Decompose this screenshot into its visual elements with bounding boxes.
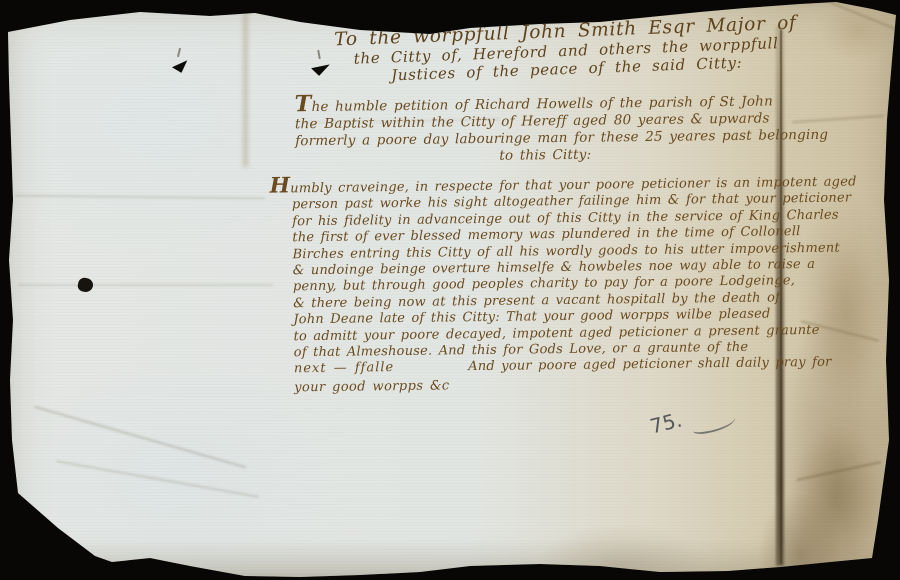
- manuscript-page: To the worppfull John Smith Esqr Major o…: [0, 0, 900, 580]
- petition-intro-block: The humble petition of Richard Howells o…: [295, 89, 855, 167]
- handwritten-text: To the worppfull John Smith Esqr Major o…: [268, 18, 857, 396]
- salutation-block: To the worppfull John Smith Esqr Major o…: [325, 13, 807, 87]
- manuscript-line: And your poore aged peticioner shall dai…: [468, 355, 832, 376]
- petition-body-block: Humbly craveinge, in respecte for that y…: [270, 171, 858, 396]
- manuscript-line: next — ffalle: [294, 361, 394, 379]
- photo-stage: To the worppfull John Smith Esqr Major o…: [0, 0, 900, 580]
